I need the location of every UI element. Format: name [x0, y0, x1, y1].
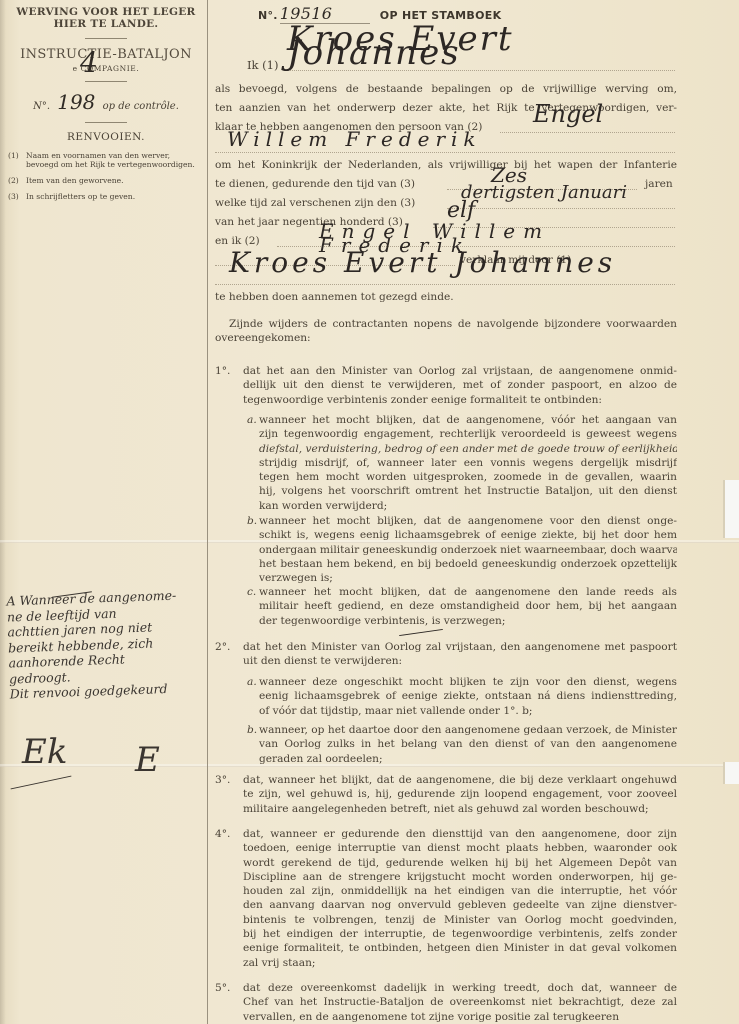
sub-label: a.: [247, 675, 257, 689]
document-page: WERVING VOOR HET LEGER HIER TE LANDE. IN…: [0, 0, 739, 1024]
reference-text: Naam en voornamen van den werver, bevoeg…: [26, 151, 204, 169]
company-number-handwritten: 4: [80, 46, 98, 79]
divider: [85, 38, 127, 39]
clause-5-text: dat deze overeenkomst dadelijk in werkin…: [243, 981, 677, 1024]
clause-1b-text: wanneer het mocht blijken, dat de aangen…: [259, 514, 677, 585]
clause-line: houden zal zijn, onmiddellijk na het ein…: [243, 884, 677, 898]
intro-line: overeengekomen:: [215, 331, 677, 345]
recruit-firstnames-handwritten: Willem Frederik: [227, 132, 482, 146]
clause-1a-text: wanneer het mocht blijken, dat de aangen…: [259, 413, 677, 513]
clause-line: tegen hem mocht worden uitgesproken, zoo…: [259, 470, 677, 484]
page-tab: [723, 762, 739, 784]
reference-text: In schrijfletters op te geven.: [26, 192, 135, 201]
clause-line: der tegenwoordige verbintenis, is verzwe…: [259, 614, 677, 628]
reference-item: (2)Item van den geworvene.: [8, 176, 204, 185]
clause-1-text: dat het aan den Minister van Oorlog zal …: [243, 364, 677, 407]
column-divider: [207, 0, 208, 1024]
clause-line: bij het eindigen der interruptie, de teg…: [243, 927, 677, 941]
fill-line: [500, 132, 675, 133]
clause-line: hij, volgens het voorschrift omtrent het…: [259, 484, 677, 498]
initials-signature-left: Ek: [22, 732, 67, 772]
references-list: (1)Naam en voornamen van den werver, bev…: [8, 151, 204, 201]
clause-line: te zijn, wel gehuwd is, hij, gedurende z…: [243, 787, 677, 801]
clause-number: 3°.: [215, 773, 230, 787]
clause-line: dat, wanneer er gedurende den diensttijd…: [243, 827, 677, 841]
clause-3-text: dat, wanneer het blijkt, dat de aangenom…: [243, 773, 677, 816]
clause-line: wanneer deze ongeschikt mocht blijken te…: [259, 675, 677, 689]
reference-text: Item van den geworvene.: [26, 176, 124, 185]
clause-2b-text: wanneer, op het daartoe door den aangeno…: [259, 723, 677, 766]
clause-line: kan worden verwijderd;: [259, 499, 677, 513]
intro-line: Zijnde wijders de contractanten nopens d…: [229, 317, 677, 331]
fill-line: [215, 284, 675, 285]
clause-line: dat, wanneer het blijkt, dat de aangenom…: [243, 773, 677, 787]
clause-line: eenig lichaamsgebrek of eenige ziekte, o…: [259, 689, 677, 703]
reference-num: (3): [8, 192, 26, 201]
clause-line: militaire aangelegenheden betreft, niet …: [243, 802, 677, 816]
clause-line: dellijk uit den dienst te verwijderen, m…: [243, 378, 677, 392]
end-year-handwritten: elf: [447, 204, 475, 218]
clause-line: den aanvang daarvan nog onvervuld geblev…: [243, 898, 677, 912]
clause-line: dat het aan den Minister van Oorlog zal …: [243, 364, 677, 378]
clause-line: uit den dienst te verwijderen:: [243, 654, 677, 668]
clause-line: zal vrij staan;: [243, 956, 677, 970]
clause-number: 2°.: [215, 640, 230, 654]
margin-handwritten-note: A Wanneer de aangenome- ne de leeftijd v…: [6, 587, 210, 702]
declaration-line: om het Koninkrijk der Nederlanden, als v…: [215, 158, 677, 172]
sub-label: c.: [247, 585, 256, 599]
declaration-line: als bevoegd, volgens de bestaande bepali…: [215, 82, 677, 96]
clause-line: ondergaan militair geneeskundig onderzoe…: [259, 543, 677, 557]
clause-line: geraden zal oordeelen;: [259, 752, 677, 766]
sub-label: a.: [247, 413, 257, 427]
reference-num: (1): [8, 151, 26, 169]
reference-item: (3)In schrijfletters op te geven.: [8, 192, 204, 201]
divider: [85, 81, 127, 82]
clause-number: 5°.: [215, 981, 230, 995]
control-number-handwritten: 198: [57, 90, 95, 114]
control-suffix: op de contrôle.: [103, 101, 179, 112]
clause-line: strijdig misdrijf, of, wanneer later een…: [259, 456, 677, 470]
pen-stroke: [11, 776, 72, 790]
clause-line: wanneer het mocht blijken, dat de aangen…: [259, 585, 677, 599]
clause-number: 4°.: [215, 827, 230, 841]
clause-4-text: dat, wanneer er gedurende den diensttijd…: [243, 827, 677, 970]
title-line-1: WERVING VOOR HET LEGER: [8, 6, 204, 18]
battalion-title: INSTRUCTIE-BATALJON: [8, 47, 204, 62]
clause-line: eenige formaliteit, te ontbinden, hetgee…: [243, 941, 677, 955]
clause-line: wanneer het mocht blijken, dat de aangen…: [259, 413, 677, 427]
left-header: WERVING VOOR HET LEGER HIER TE LANDE. IN…: [8, 6, 204, 208]
divider: [85, 122, 127, 123]
recruiter-name-handwritten: Kroes Evert Johannes: [287, 32, 675, 61]
fill-line: [447, 208, 675, 209]
clause-line: militair heeft gediend, en deze omstandi…: [259, 599, 677, 613]
clause-line: wordt gerekend de tijd, gedurende welken…: [243, 856, 677, 870]
clause-line: van Oorlog zulks in het belang van den d…: [259, 737, 677, 751]
end-date-handwritten: dertigsten Januari: [461, 186, 627, 200]
recruit-surname-handwritten: Engel: [533, 107, 603, 121]
reference-item: (1)Naam en voornamen van den werver, bev…: [8, 151, 204, 169]
clause-line: wanneer, op het daartoe door den aangeno…: [259, 723, 677, 737]
references-title: RENVOOIEN.: [8, 131, 204, 143]
title-line-2: HIER TE LANDE.: [8, 18, 204, 30]
clause-line: het bestaan hem bekend, en bij bedoeld g…: [259, 557, 677, 571]
clause-line: Chef van het Instructie-Bataljon de over…: [243, 995, 677, 1009]
clause-1c-text: wanneer het mocht blijken, dat de aangen…: [259, 585, 677, 628]
clause-line: dat deze overeenkomst dadelijk in werkin…: [243, 981, 677, 995]
initials-signature-right: E: [135, 740, 160, 780]
clause-line: Discipline aan de strengere krijgstucht …: [243, 870, 677, 884]
term-suffix: jaren: [645, 177, 739, 191]
declaration-line: ten aanzien van het onderwerp dezer akte…: [215, 101, 677, 115]
stamboek-prefix: N°.: [258, 9, 278, 22]
clause-line: zijn tegenwoordig engagement, rechterlij…: [259, 427, 677, 441]
page-tab: [723, 480, 739, 538]
sub-label: b.: [247, 514, 257, 528]
term-handwritten: Zes: [491, 168, 527, 182]
clause-line: of vóór dat tijdstip, maar niet vallende…: [259, 704, 677, 718]
clause-line: schikt is, wegens eenig lichaamsgebrek o…: [259, 528, 677, 542]
fill-line: [215, 152, 675, 153]
reference-num: (2): [8, 176, 26, 185]
clause-line: vervallen, en de aangenomene tot zijne v…: [243, 1010, 677, 1024]
declaration-line: te hebben doen aannemen tot gezegd einde…: [215, 290, 677, 304]
clause-2a-text: wanneer deze ongeschikt mocht blijken te…: [259, 675, 677, 718]
recruiter-again-handwritten: Kroes Evert Johannes: [229, 256, 616, 270]
clause-number: 1°.: [215, 364, 230, 378]
clause-line: dat het den Minister van Oorlog zal vrij…: [243, 640, 677, 654]
company-line: 4 e COMPAGNIE.: [8, 64, 204, 73]
sub-label: b.: [247, 723, 257, 737]
clause-line: toedoen, eenige interruptie van dienst m…: [243, 841, 677, 855]
control-prefix: N°.: [33, 101, 50, 112]
clause-2-text: dat het den Minister van Oorlog zal vrij…: [243, 640, 677, 669]
control-number-line: N°. 198 op de contrôle.: [8, 90, 204, 114]
clause-line: bintenis te volbrengen, tenzij de Minist…: [243, 913, 677, 927]
insertion-mark: [399, 629, 443, 636]
clause-line: diefstal, verduistering, bedrog of een a…: [259, 442, 677, 456]
clause-line: tegenwoordige verbintenis zonder eenige …: [243, 393, 677, 407]
clause-line: verzwegen is;: [259, 571, 677, 585]
clause-line: wanneer het mocht blijken, dat de aangen…: [259, 514, 677, 528]
